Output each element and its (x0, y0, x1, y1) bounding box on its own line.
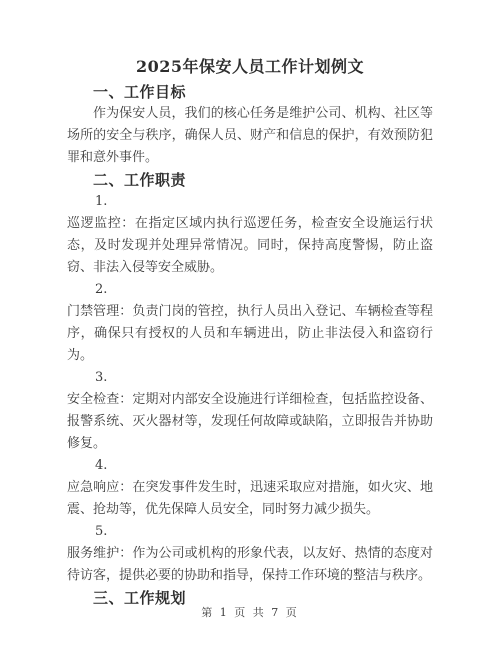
list-number-1: 1. (67, 191, 433, 213)
document-title: 2025年保安人员工作计划例文 (67, 55, 433, 78)
paragraph-duty-4: 应急响应：在突发事件发生时，迅速采取应对措施，如火灾、地震、抢劫等，优先保障人员… (67, 477, 433, 521)
paragraph-duty-1: 巡逻监控：在指定区域内执行巡逻任务，检查安全设施运行状态，及时发现并处理异常情况… (67, 213, 433, 279)
list-number-2: 2. (67, 279, 433, 301)
document-content: 2025年保安人员工作计划例文 一、工作目标 作为保安人员，我们的核心任务是维护… (0, 0, 500, 609)
section-heading-work-duties: 二、工作职责 (67, 169, 433, 191)
paragraph-duty-5: 服务维护：作为公司或机构的形象代表，以友好、热情的态度对待访客，提供必要的协助和… (67, 543, 433, 587)
paragraph-duty-2: 门禁管理：负责门岗的管控，执行人员出入登记、车辆检查等程序，确保只有授权的人员和… (67, 301, 433, 367)
list-number-3: 3. (67, 367, 433, 389)
paragraph-duty-3: 安全检查：定期对内部安全设施进行详细检查，包括监控设备、报警系统、灭火器材等，发… (67, 389, 433, 455)
list-number-5: 5. (67, 521, 433, 543)
paragraph-work-goals: 作为保安人员，我们的核心任务是维护公司、机构、社区等场所的安全与秩序，确保人员、… (67, 103, 433, 169)
section-heading-work-goals: 一、工作目标 (67, 81, 433, 103)
list-number-4: 4. (67, 455, 433, 477)
document-page: 2025年保安人员工作计划例文 一、工作目标 作为保安人员，我们的核心任务是维护… (0, 0, 500, 647)
page-number-footer: 第 1 页 共 7 页 (0, 604, 500, 620)
